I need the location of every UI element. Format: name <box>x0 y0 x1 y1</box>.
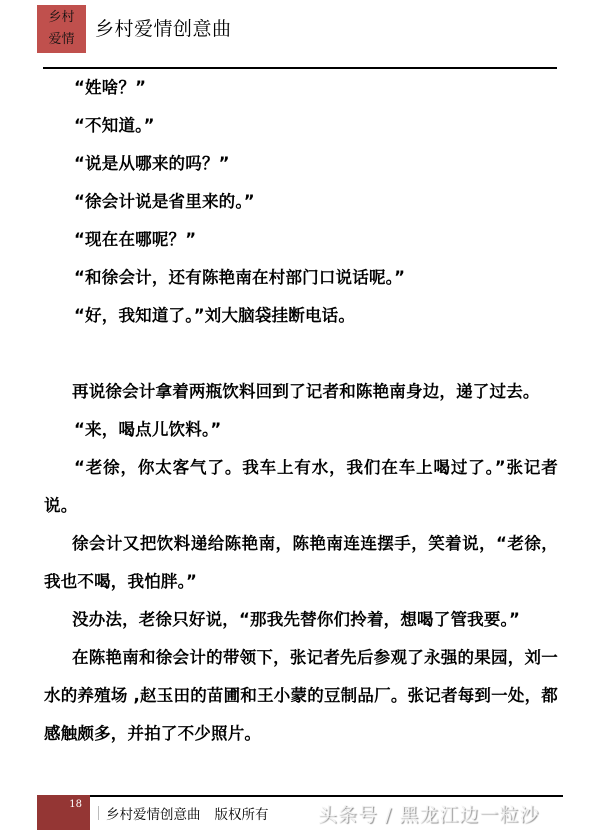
paragraph: “不知道。” <box>44 107 558 145</box>
header-title: 乡村爱情创意曲 <box>95 14 232 41</box>
paragraph: 没办法，老徐只好说，“那我先替你们拎着，想喝了管我要。” <box>44 601 558 639</box>
paragraph: 徐会计又把饮料递给陈艳南，陈艳南连连摆手，笑着说，“老徐，我也不喝，我怕胖。” <box>44 525 558 601</box>
logo-line-1: 乡村 <box>37 7 86 29</box>
paragraph: “徐会计说是省里来的。” <box>44 183 558 221</box>
logo-badge: 乡村 爱情 <box>37 5 86 53</box>
paragraph: “姓啥？” <box>44 69 558 107</box>
paragraph: 在陈艳南和徐会计的带领下，张记者先后参观了永强的果园，刘一水的养殖场 ,赵玉田的… <box>44 639 558 753</box>
page-number-badge: 18 <box>37 795 90 830</box>
paragraph: “来，喝点儿饮料。” <box>44 411 558 449</box>
body-text: “姓啥？” “不知道。” “说是从哪来的吗？” “徐会计说是省里来的。” “现在… <box>44 69 558 753</box>
logo-line-2: 爱情 <box>37 29 86 51</box>
footer-copyright: 版权所有 <box>215 807 269 823</box>
footer-divider <box>90 795 563 797</box>
footer-separator <box>98 806 99 820</box>
footer-title: 乡村爱情创意曲 <box>106 807 201 823</box>
paragraph: 再说徐会计拿着两瓶饮料回到了记者和陈艳南身边，递了过去。 <box>44 373 558 411</box>
paragraph-spacer <box>44 335 558 373</box>
paragraph: “老徐，你太客气了。我车上有水，我们在车上喝过了。”张记者说。 <box>44 449 558 525</box>
footer-text: 乡村爱情创意曲版权所有 <box>106 803 269 823</box>
paragraph: “现在在哪呢？” <box>44 221 558 259</box>
paragraph: “好，我知道了。”刘大脑袋挂断电话。 <box>44 297 558 335</box>
watermark: 头条号 / 黑龙江边一粒沙 <box>318 800 539 827</box>
paragraph: “和徐会计，还有陈艳南在村部门口说话呢。” <box>44 259 558 297</box>
paragraph: “说是从哪来的吗？” <box>44 145 558 183</box>
page-number: 18 <box>69 799 82 810</box>
